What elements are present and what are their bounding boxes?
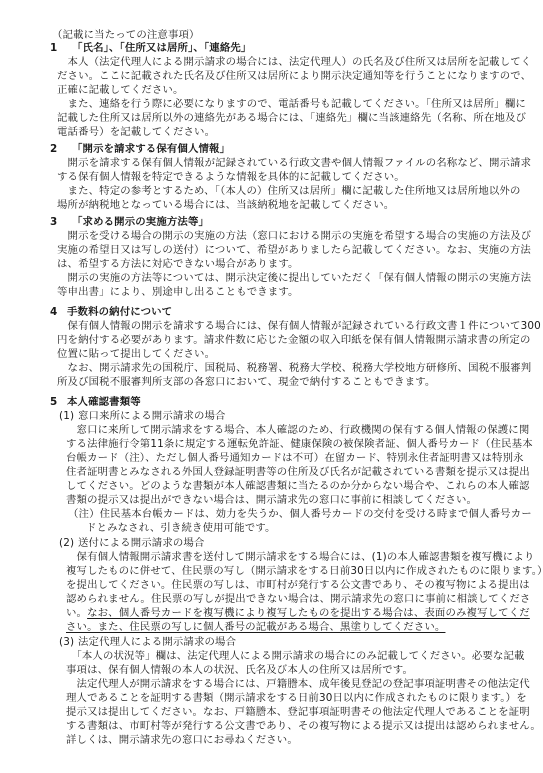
subsection-1-line: する法律施行令第11条に規定する運転免許証、健康保険の被保険者証、個人番号カード… bbox=[66, 438, 533, 451]
section-1-line: 本人（法定代理人による開示請求の場合には、法定代理人）の氏名及び住所又は居所を記… bbox=[57, 56, 531, 69]
subsection-1-note: （注）住民基本台帳カードは、効力を失うか、個人番号カードの交付を受ける時まで個人… bbox=[68, 508, 532, 521]
section-2-line: 開示を請求する保有個人情報が記録されている行政文書や個人情報ファイルの名称など、… bbox=[57, 157, 531, 170]
subsection-1-line: 台帳カード（注）、ただし個人番号通知カードは不可）在留カード、特別永住者証明書又… bbox=[66, 452, 524, 465]
section-3-title: 「求める開示の実施方法等」 bbox=[72, 216, 209, 229]
section-1-title: 「氏名」、「住所又は居所」、「連絡先」 bbox=[72, 42, 251, 55]
section-3-line: 開示を受ける場合の開示の実施の方法（窓口における開示の実施を希望する場合の実施の… bbox=[57, 230, 531, 243]
subsection-3-line: 事項は、保有個人情報の本人の状況、氏名及び本人の住所又は居所です。 bbox=[66, 664, 413, 677]
underlined-text: なお、個人番号カードを複写機により複写したものを提出する場合は、表面のみ複写して… bbox=[87, 607, 530, 619]
section-4-line: なお、開示請求先の国税庁、国税局、税務署、税務大学校、税務大学校地方研修所、国税… bbox=[57, 362, 531, 375]
document-page: （記載に当たっての注意事項） 1 「氏名」、「住所又は居所」、「連絡先」 本人（… bbox=[0, 0, 543, 773]
section-5-title: 本人確認書類等 bbox=[67, 396, 141, 409]
subsection-3-line: する書類は、市町村等が発行する公文書であり、その複写物による提示又は提出は認めら… bbox=[66, 720, 541, 733]
notes-heading: （記載に当たっての注意事項） bbox=[52, 29, 200, 42]
subsection-1-title: 窓口来所による開示請求の場合 bbox=[78, 410, 226, 423]
subsection-3-line: 法定代理人が開示請求をする場合には、戸籍謄本、成年後見登記の登記事項証明書その他… bbox=[66, 678, 530, 691]
subsection-3-line: 提示又は提出してください。なお、戸籍謄本、登記事項証明書その他法定代理人であるこ… bbox=[66, 706, 530, 719]
section-3-number: 3 bbox=[50, 216, 57, 229]
section-1-number: 1 bbox=[50, 42, 57, 55]
subsection-2-title: 送付による開示請求の場合 bbox=[78, 537, 205, 550]
plain-text: い。 bbox=[66, 607, 87, 619]
subsection-3-number: (3) bbox=[59, 636, 74, 649]
section-4-line: 円を納付する必要があります。請求件数に応じた金額の収入印紙を保有個人情報開示請求… bbox=[57, 334, 531, 347]
subsection-3-line: 「本人の状況等」欄は、法定代理人による開示請求の場合にのみ記載してください。必要… bbox=[66, 650, 525, 663]
subsection-2-underlined-line: さい。また、住民票の写しに個人番号の記載がある場合、黒塗りしてください。 bbox=[66, 621, 445, 634]
subsection-2-line: 複写したものに併せて、住民票の写し（開示請求をする日前30日以内に作成されたもの… bbox=[66, 565, 543, 578]
section-2-title: 「開示を請求する保有個人情報」 bbox=[72, 143, 230, 156]
section-3-line: は、希望する方法に対応できない場合があります。 bbox=[57, 258, 299, 271]
section-4-line: 所及び国税不服審判所支部の各窓口において、現金で納付することもできます。 bbox=[57, 376, 435, 389]
section-4-line: 保有個人情報の開示を請求する場合には、保有個人情報が記録されている行政文書１件に… bbox=[57, 320, 541, 333]
section-3-line: 等申出書」により、別途申し出ることもできます。 bbox=[57, 286, 299, 299]
subsection-2-line: 認められません。住民票の写しが提出できない場合は、開示請求先の窓口に事前に相談し… bbox=[66, 593, 530, 606]
section-1-line: 記載した住所又は居所以外の連絡先がある場合には、「連絡先」欄に当該連絡先（名称、… bbox=[57, 112, 526, 125]
subsection-2-line: を提出してください。住民票の写しは、市町村が発行する公文書であり、その複写物によ… bbox=[66, 579, 530, 592]
section-1-line: 電話番号）を記載してください。 bbox=[57, 126, 215, 139]
section-3-line: 実施の希望日又は写しの送付）について、希望がありましたら記載してください。なお、… bbox=[57, 244, 531, 257]
subsection-3-line: 理人であることを証明する書類（開示請求をする日前30日以内に作成されたものに限り… bbox=[66, 692, 527, 705]
section-2-line: 場所が納税地となっている場合には、当該納税地を記載してください。 bbox=[57, 199, 394, 212]
subsection-1-line: 書類の提示又は提出ができない場合は、開示請求先の窓口に事前に相談してください。 bbox=[66, 494, 477, 507]
section-1-line: 正確に記載してください。 bbox=[57, 84, 184, 97]
subsection-3-line: 詳しくは、開示請求先の窓口にお尋ねください。 bbox=[66, 734, 298, 747]
section-2-line: する保有個人情報を特定できるような情報を具体的に記載してください。 bbox=[57, 171, 405, 184]
subsection-3-title: 法定代理人による開示請求の場合 bbox=[78, 636, 236, 649]
section-1-line: ださい。ここに記載された氏名及び住所又は居所により開示決定通知等を行うことになり… bbox=[57, 70, 531, 83]
section-3-line: 開示の実施の方法等については、開示決定後に提出していただく「保有個人情報の開示の… bbox=[57, 272, 531, 285]
subsection-1-line: してください。どのような書類が本人確認書類に当たるのか分からない場合や、これらの… bbox=[66, 480, 530, 493]
section-2-line: また、特定の参考とするため、「（本人の）住所又は居所」欄に記載した住所地又は居所… bbox=[57, 185, 521, 198]
subsection-1-line: 住者証明書とみなされる外国人登録証明書等の住所及び氏名が記載されている書類を提示… bbox=[66, 466, 530, 479]
section-4-number: 4 bbox=[50, 306, 57, 319]
section-2-number: 2 bbox=[50, 143, 57, 156]
subsection-2-line: 保有個人情報開示請求書を送付して開示請求をする場合には、(1)の本人確認書類を複… bbox=[66, 551, 534, 564]
subsection-2-mixed-line: い。なお、個人番号カードを複写機により複写したものを提出する場合は、表面のみ複写… bbox=[66, 607, 530, 620]
section-5-number: 5 bbox=[50, 396, 57, 409]
subsection-1-line: 窓口に来所して開示請求をする場合、本人確認のため、行政機関の保有する個人情報の保… bbox=[66, 424, 529, 437]
subsection-2-number: (2) bbox=[59, 537, 74, 550]
section-4-title: 手数料の納付について bbox=[67, 306, 172, 319]
subsection-1-note: ドとみなされ、引き続き使用可能です。 bbox=[86, 522, 276, 535]
section-4-line: 位置に貼って提出してください。 bbox=[57, 348, 215, 361]
subsection-1-number: (1) bbox=[59, 410, 74, 423]
section-1-line: また、連絡を行う際に必要になりますので、電話番号も記載してください。「住所又は居… bbox=[57, 98, 526, 111]
